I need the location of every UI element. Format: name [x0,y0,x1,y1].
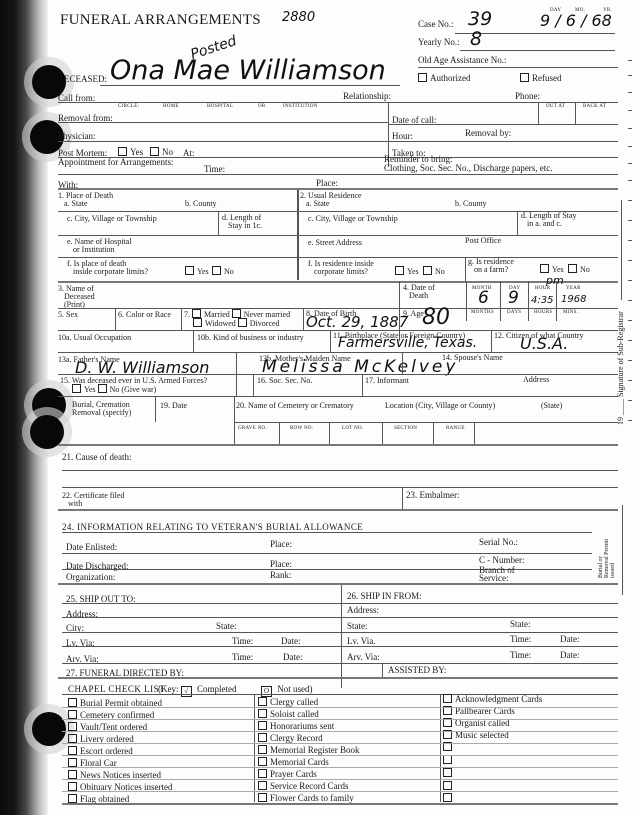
ship-in-lv-via-label: Lv. Via. [347,636,375,646]
field-6: 6. Color or Race [118,310,171,319]
physician-label: Physician: [58,131,96,141]
field-22: 22. Certificate filed with [62,492,124,508]
f1-no[interactable]: No [212,266,234,276]
death-month[interactable]: 6 [478,288,489,308]
field-1: 1. Place of Death a. State [58,192,113,208]
refused-checkbox[interactable]: Refused [520,73,562,83]
permit-issued-label: Burial or Removal Permit issued [598,538,616,578]
circle-label: CIRCLE: [118,104,139,109]
f2-no[interactable]: No [423,266,445,276]
field-5: 5. Sex [58,310,78,319]
check-blank-5[interactable] [443,793,455,803]
field-1b: b. County [185,199,217,208]
post-mortem-yes[interactable]: Yes [118,147,143,157]
check-prayer-cards[interactable]: Prayer Cards [258,769,317,779]
ship-in-arv-time-label: Time: [510,650,531,660]
branch-label: Branch ofService: [479,566,515,582]
check-memorial-register[interactable]: Memorial Register Book [258,745,360,755]
death-day[interactable]: 9 [508,288,519,308]
hospital-option[interactable]: HOSPITAL [207,104,233,109]
field-2c: c. City, Village or Township [308,214,398,223]
case-no-value[interactable]: 39 [468,8,492,30]
mins-col: MINS. [563,310,578,315]
field-16: 16. Soc. Sec. No. [257,376,312,385]
check-clergy-record[interactable]: Clergy Record [258,733,323,743]
post-mortem-no[interactable]: No [150,147,173,157]
field-2e: e. Street Address [308,238,362,247]
yearly-no-label: Yearly No.: [418,37,460,47]
reminder-text: Reminder to bring:Clothing, Soc. Sec. No… [384,155,553,173]
death-ampm[interactable]: pm [546,274,564,287]
home-option[interactable]: HOME [163,104,179,109]
removal-by-label: Removal by: [465,128,511,138]
relationship-label: Relationship: [343,91,391,101]
check-blank-4[interactable] [443,781,455,791]
ship-out-state-label: State: [216,621,237,631]
field-19: 19. Date [160,401,187,410]
months-col: MONTHS [471,310,494,315]
lot-no-col: LOT NO. [342,426,363,431]
c-number-label: C - Number: [479,555,525,565]
institution-option[interactable]: INSTITUTION [283,104,318,109]
widowed-checkbox[interactable]: Widowed [193,319,236,328]
sub-registrar-signature[interactable]: 19 ____ Signature of Sub-Registrar [616,311,625,425]
phone-label: Phone: [515,91,540,101]
armed-forces-options: Yes No (Give war) [72,384,156,394]
field-1d: d. Length of Stay in 1c. [222,214,262,230]
year-col: YEAR [566,286,581,291]
assisted-by-label: ASSISTED BY: [388,665,446,675]
ship-out-lv-date-label: Date: [281,636,301,646]
location-label: Location (City, Village or County) [385,401,495,410]
date-enlisted-label: Date Enlisted: [66,542,117,552]
f2-yes[interactable]: Yes [395,266,419,276]
marital-status-2: Widowed Divorced [193,318,280,328]
or-label: OR [258,104,266,109]
row-no-col: ROW NO. [290,426,313,431]
field-9: 9. Age [403,309,424,318]
field-2g: g. Is residence on a farm? [468,258,514,274]
date-value[interactable]: 9 / 6 / 68 [540,11,612,30]
ship-out-arv-time-label: Time: [232,652,253,662]
field-21: 21. Cause of death: [62,452,131,462]
serial-no-label: Serial No.: [479,537,518,547]
citizen-value[interactable]: U.S.A. [520,334,568,353]
field-1c: c. City, Village or Township [67,214,157,223]
hours-col: HOURS [534,310,552,315]
f2g-yes[interactable]: Yes [540,264,564,274]
out-at-label: OUT AT [546,104,565,109]
organization-label: Organization: [66,572,115,582]
field-17: 17. Informant [365,376,409,385]
back-at-label: BACK AT [583,104,606,109]
section-col: SECTION [394,426,417,431]
range-col: RANGE [446,426,465,431]
ship-out-lv-time-label: Time: [232,636,253,646]
field-10a: 10a. Usual Occupation [58,333,131,342]
check-blank-3[interactable] [443,768,455,778]
enlisted-place-label: Place: [270,539,292,549]
time-label: Time: [204,164,225,174]
checklist-key: (Key: √ Completed O Not used) [158,684,313,697]
state-label: (State) [541,401,562,410]
date-of-birth[interactable]: Oct. 29, 1887 [306,313,408,331]
check-flower-cards[interactable]: Flower Cards to family [258,793,354,803]
field-23: 23. Embalmer: [406,490,460,500]
rank-label: Rank: [270,570,292,580]
field-4: 4. Date of Death [403,284,435,300]
check-soloist-called[interactable]: Soloist called [258,709,319,719]
old-age-label: Old Age Assistance No.: [418,55,507,65]
informant-address-label: Address [523,375,549,384]
check-clergy-called[interactable]: Clergy called [258,697,318,707]
yearly-no-value[interactable]: 8 [470,28,482,50]
field-1f: f. Is place of death inside corporate li… [67,260,148,276]
place-label: Place: [316,178,338,188]
field-3: 3. Name of Deceased (Print) [58,285,95,309]
handwritten-number: 2880 [282,10,315,25]
age-value[interactable]: 80 [422,305,450,330]
field-1e: e. Name of Hospital or Institution [67,238,131,254]
birthplace-value[interactable]: Farmersville, Texas. [338,335,477,351]
deceased-name[interactable]: Ona Mae Williamson [110,55,386,86]
check-service-record[interactable]: Service Record Cards [258,781,348,791]
veteran-section-title: 24. INFORMATION RELATING TO VETERAN'S BU… [62,522,363,532]
punch-hole [32,712,66,746]
armed-yes[interactable]: Yes [72,385,96,394]
hour-label: Hour: [392,131,413,141]
days-col: DAYS [507,310,521,315]
divorced-checkbox[interactable]: Divorced [238,319,280,328]
ship-in-lv-date-label: Date: [560,634,580,644]
death-year[interactable]: 1968 [561,294,586,305]
post-office-label: Post Office [465,236,501,245]
ship-in-arv-date-label: Date: [560,650,580,660]
field-2b: b. County [455,199,487,208]
deceased-label: ECEASED: [64,74,107,84]
form-title: FUNERAL ARRANGEMENTS [60,12,261,29]
field-2d: d. Length of Stay in a. and c. [521,212,577,228]
death-hour[interactable]: 4:35 [531,295,553,306]
ship-in-state2-label: State: [510,619,531,629]
field-20: 20. Name of Cemetery or Crematory [236,401,354,410]
field-2: 2. Usual Residence a. State [300,192,362,208]
armed-no[interactable]: No [98,385,120,394]
field-14: 14. Spouse's Name [442,353,503,362]
ship-out-arv-date-label: Date: [283,652,303,662]
ship-in-arv-via-label: Arv. Via: [347,652,380,662]
check-memorial-cards[interactable]: Memorial Cards [258,757,329,767]
checklist-title: CHAPEL CHECK LIST [68,684,165,694]
grave-no-col: GRAVE NO. [238,426,267,431]
ship-in-title: 26. SHIP IN FROM: [347,591,422,601]
ship-in-state-label: State: [347,621,368,631]
case-no-label: Case No.: [418,19,454,29]
f2g-no[interactable]: No [568,264,590,274]
field-18: Burial, CremationRemoval (specify) [72,401,131,417]
check-acknowledgment[interactable]: Acknowledgment Cards [443,694,542,704]
appointment-label: Appointment for Arrangements: [58,157,173,167]
check-blank-2[interactable] [443,755,455,765]
field-2f: f. Is residence inside corporate limits? [308,260,374,276]
discharged-place-label: Place: [270,559,292,569]
authorized-checkbox[interactable]: Authorized [418,73,471,83]
field-10b: 10b. Kind of business or industry [197,333,304,342]
f1-yes[interactable]: Yes [185,266,209,276]
ship-in-lv-time-label: Time: [510,634,531,644]
check-honorariums[interactable]: Honorariums sent [258,721,334,731]
ship-in-address-label: Address: [347,605,379,615]
